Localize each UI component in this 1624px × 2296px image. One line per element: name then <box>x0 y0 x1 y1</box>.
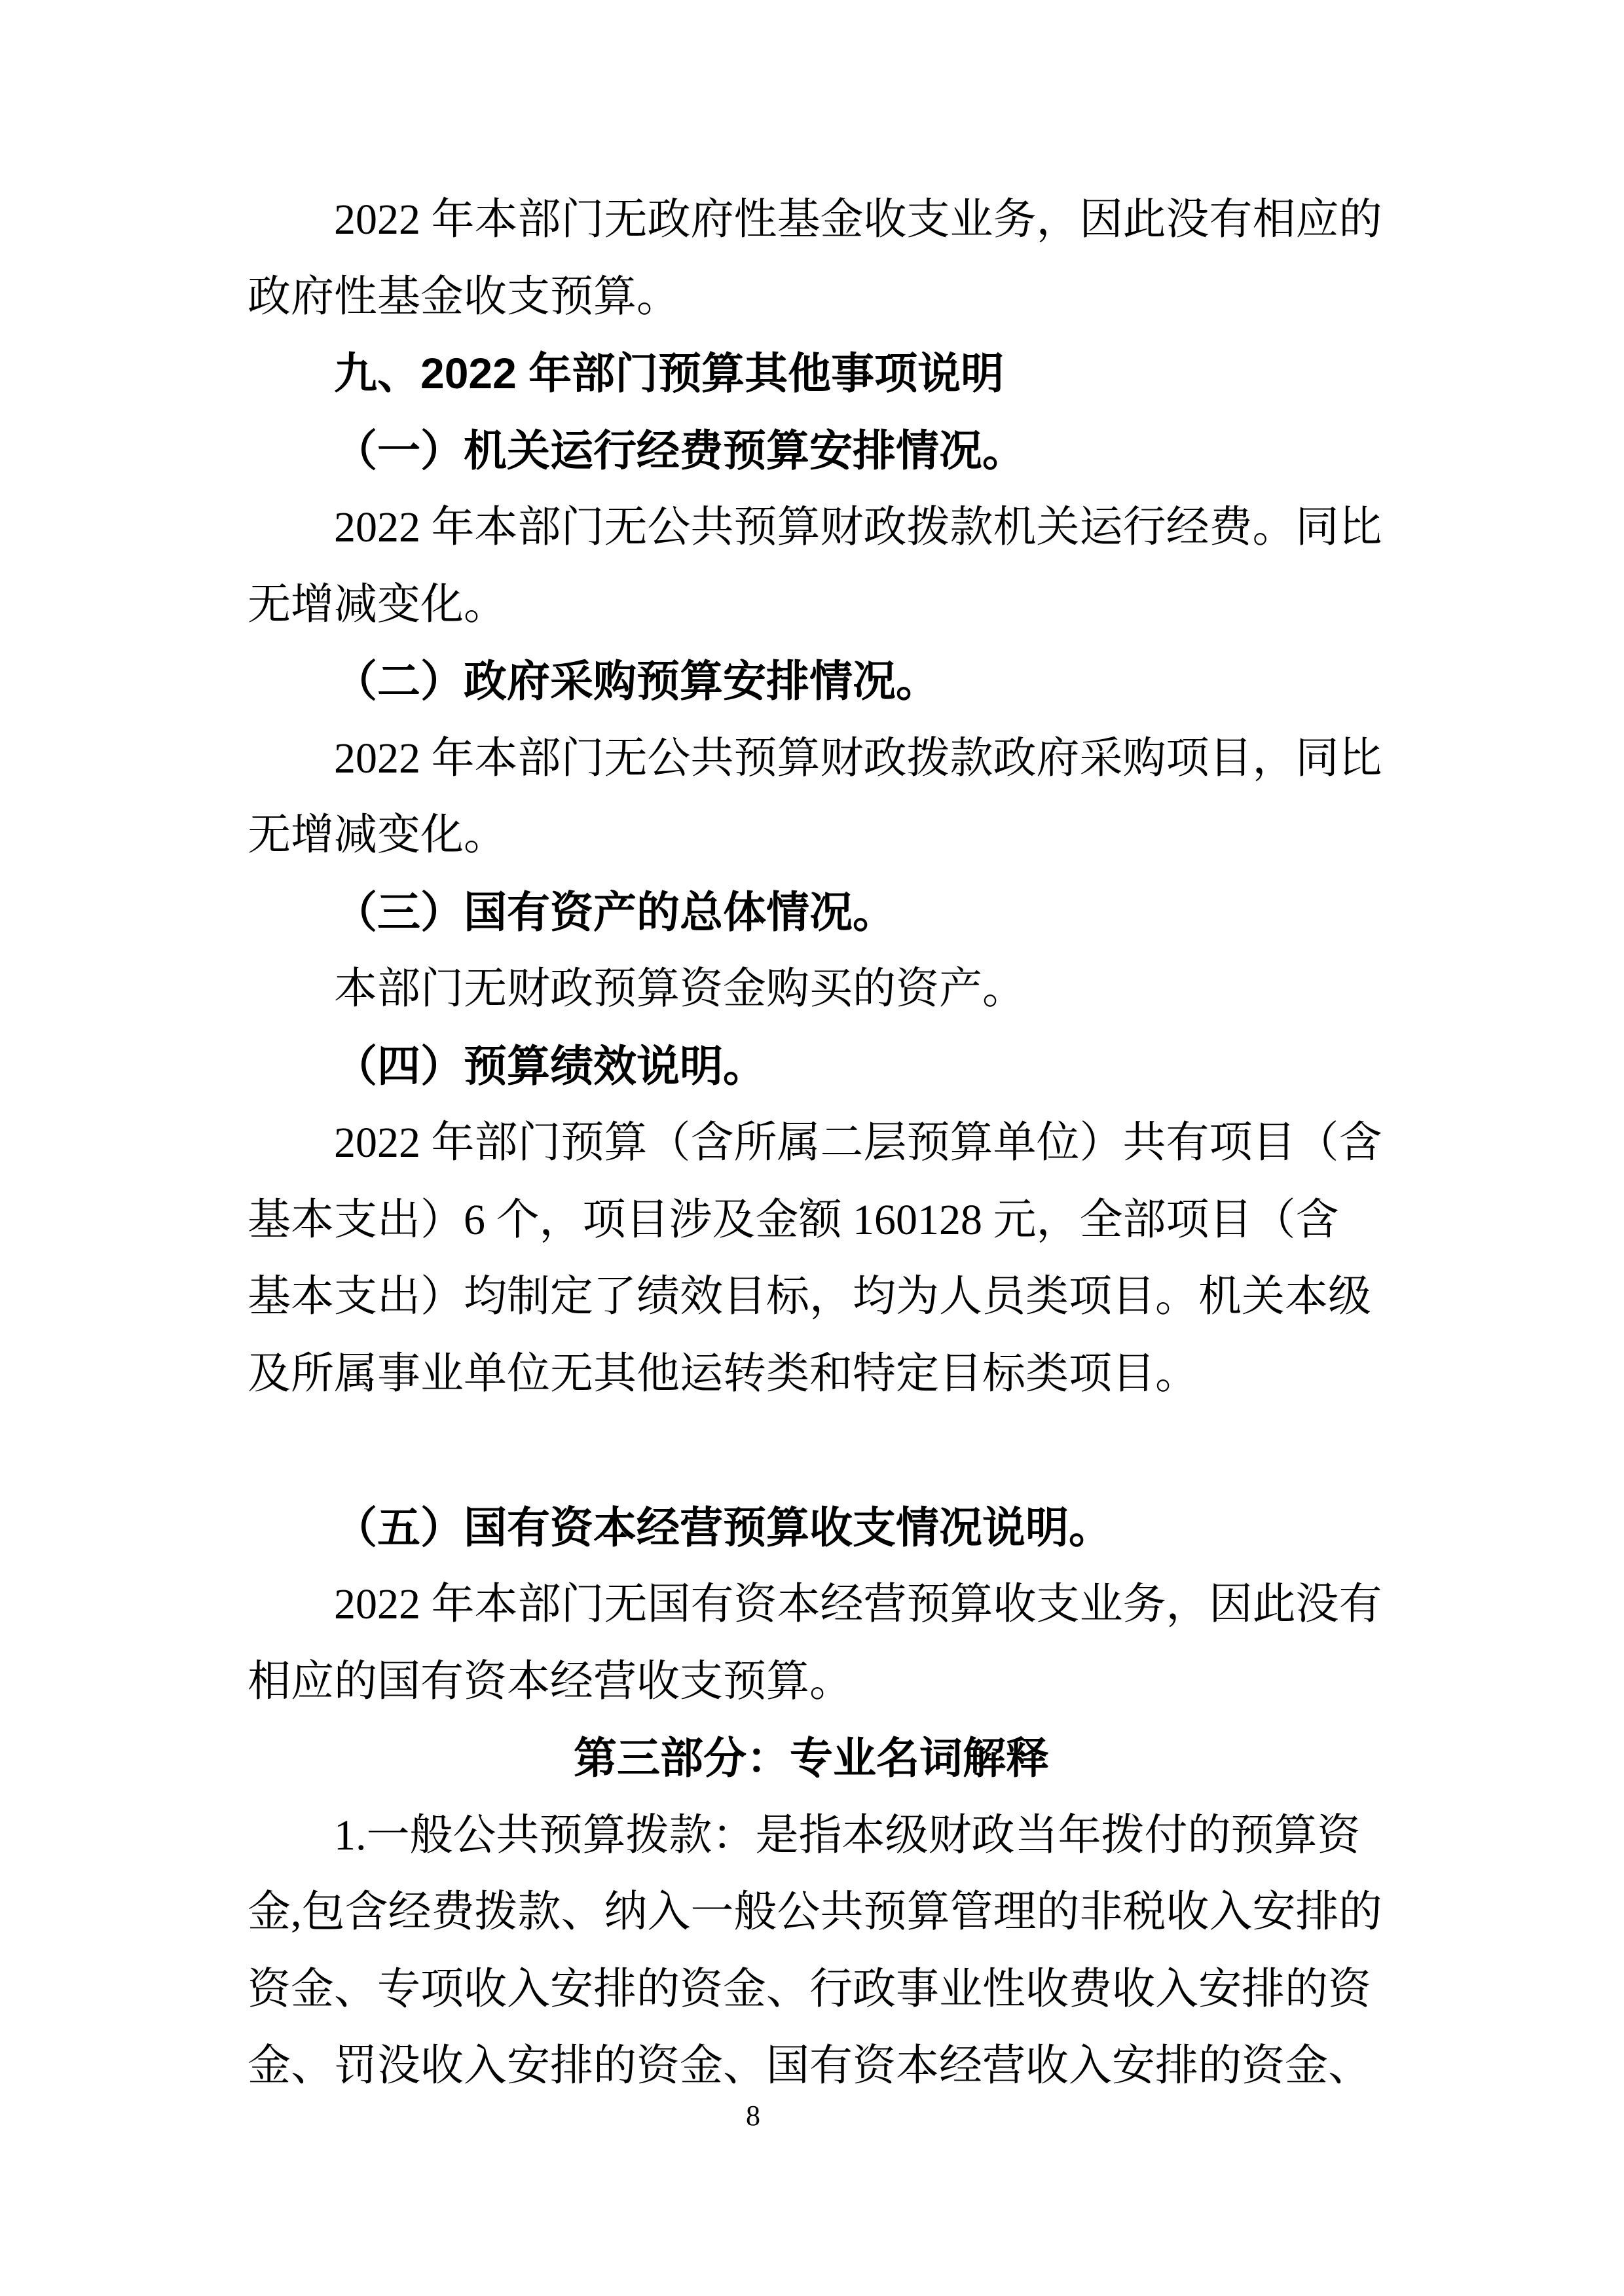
text-line-16: 及所属事业单位无其他运转类和特定目标类项目。 <box>248 1336 1375 1413</box>
line-text: 金、罚没收入安排的资金、国有资本经营收入安排的资金、 <box>248 2042 1371 2090</box>
text-line-14: 基本支出）6 个，项目涉及金额 160128 元，全部项目（含 <box>248 1182 1375 1259</box>
text-line-10: （三）国有资产的总体情况。 <box>248 874 1375 951</box>
text-line-18: （五）国有资本经营预算收支情况说明。 <box>248 1489 1375 1567</box>
text-line-17 <box>248 1412 1375 1489</box>
line-text: 1.一般公共预算拨款：是指本级财政当年拨付的预算资 <box>334 1812 1361 1859</box>
line-text: 2022 年本部门无政府性基金收支业务，因此没有相应的 <box>334 196 1382 244</box>
text-line-19: 2022 年本部门无国有资本经营预算收支业务，因此没有 <box>248 1566 1375 1643</box>
text-line-21: 第三部分：专业名词解释 <box>248 1720 1375 1797</box>
line-text <box>248 1427 259 1474</box>
text-line-9: 无增减变化。 <box>248 797 1375 874</box>
text-line-1: 2022 年本部门无政府性基金收支业务，因此没有相应的 <box>248 181 1375 259</box>
line-text: 政府性基金收支预算。 <box>248 273 680 321</box>
text-line-24: 资金、专项收入安排的资金、行政事业性收费收入安排的资 <box>248 1951 1375 2028</box>
text-line-5: 2022 年本部门无公共预算财政拨款机关运行经费。同比 <box>248 489 1375 566</box>
text-line-20: 相应的国有资本经营收支预算。 <box>248 1643 1375 1721</box>
line-text: 2022 年部门预算（含所属二层预算单位）共有项目（含 <box>334 1119 1382 1167</box>
page-number: 8 <box>655 2095 851 2137</box>
line-text: 2022 年本部门无国有资本经营预算收支业务，因此没有 <box>334 1580 1382 1628</box>
line-text: 相应的国有资本经营收支预算。 <box>248 1658 853 1705</box>
line-text: （四）预算绩效说明。 <box>334 1042 766 1090</box>
line-text: 及所属事业单位无其他运转类和特定目标类项目。 <box>248 1350 1198 1398</box>
text-line-4: （一）机关运行经费预算安排情况。 <box>248 412 1375 490</box>
text-line-25: 金、罚没收入安排的资金、国有资本经营收入安排的资金、 <box>248 2028 1375 2105</box>
text-line-11: 本部门无财政预算资金购买的资产。 <box>248 951 1375 1028</box>
line-text: 第三部分：专业名词解释 <box>574 1734 1049 1782</box>
line-text: 资金、专项收入安排的资金、行政事业性收费收入安排的资 <box>248 1965 1371 2013</box>
line-text: 基本支出）均制定了绩效目标，均为人员类项目。机关本级 <box>248 1273 1371 1321</box>
line-text: （五）国有资本经营预算收支情况说明。 <box>334 1503 1112 1552</box>
text-line-12: （四）预算绩效说明。 <box>248 1028 1375 1105</box>
line-text: 2022 年本部门无公共预算财政拨款机关运行经费。同比 <box>334 503 1382 551</box>
line-text: （一）机关运行经费预算安排情况。 <box>334 426 1025 475</box>
text-block: 2022 年本部门无政府性基金收支业务，因此没有相应的政府性基金收支预算。九、2… <box>248 181 1375 2105</box>
line-text: 基本支出）6 个，项目涉及金额 160128 元，全部项目（含 <box>248 1196 1339 1244</box>
text-line-2: 政府性基金收支预算。 <box>248 259 1375 336</box>
line-text: 2022 年本部门无公共预算财政拨款政府采购项目，同比 <box>334 735 1382 782</box>
text-line-13: 2022 年部门预算（含所属二层预算单位）共有项目（含 <box>248 1104 1375 1182</box>
line-text: 九、2022 年部门预算其他事项说明 <box>334 349 1004 397</box>
line-text: 本部门无财政预算资金购买的资产。 <box>334 965 1025 1013</box>
text-line-8: 2022 年本部门无公共预算财政拨款政府采购项目，同比 <box>248 720 1375 797</box>
line-text: 无增减变化。 <box>248 581 507 629</box>
line-text: 金,包含经费拨款、纳入一般公共预算管理的非税收入安排的 <box>248 1888 1382 1936</box>
document-page: 2022 年本部门无政府性基金收支业务，因此没有相应的政府性基金收支预算。九、2… <box>0 0 1624 2296</box>
text-line-3: 九、2022 年部门预算其他事项说明 <box>248 335 1375 412</box>
line-text: （三）国有资产的总体情况。 <box>334 888 896 936</box>
text-line-23: 金,包含经费拨款、纳入一般公共预算管理的非税收入安排的 <box>248 1874 1375 1951</box>
text-line-15: 基本支出）均制定了绩效目标，均为人员类项目。机关本级 <box>248 1258 1375 1336</box>
text-line-7: （二）政府采购预算安排情况。 <box>248 643 1375 720</box>
line-text: 无增减变化。 <box>248 811 507 859</box>
line-text: （二）政府采购预算安排情况。 <box>334 657 939 705</box>
text-line-22: 1.一般公共预算拨款：是指本级财政当年拨付的预算资 <box>248 1797 1375 1874</box>
text-line-6: 无增减变化。 <box>248 566 1375 644</box>
